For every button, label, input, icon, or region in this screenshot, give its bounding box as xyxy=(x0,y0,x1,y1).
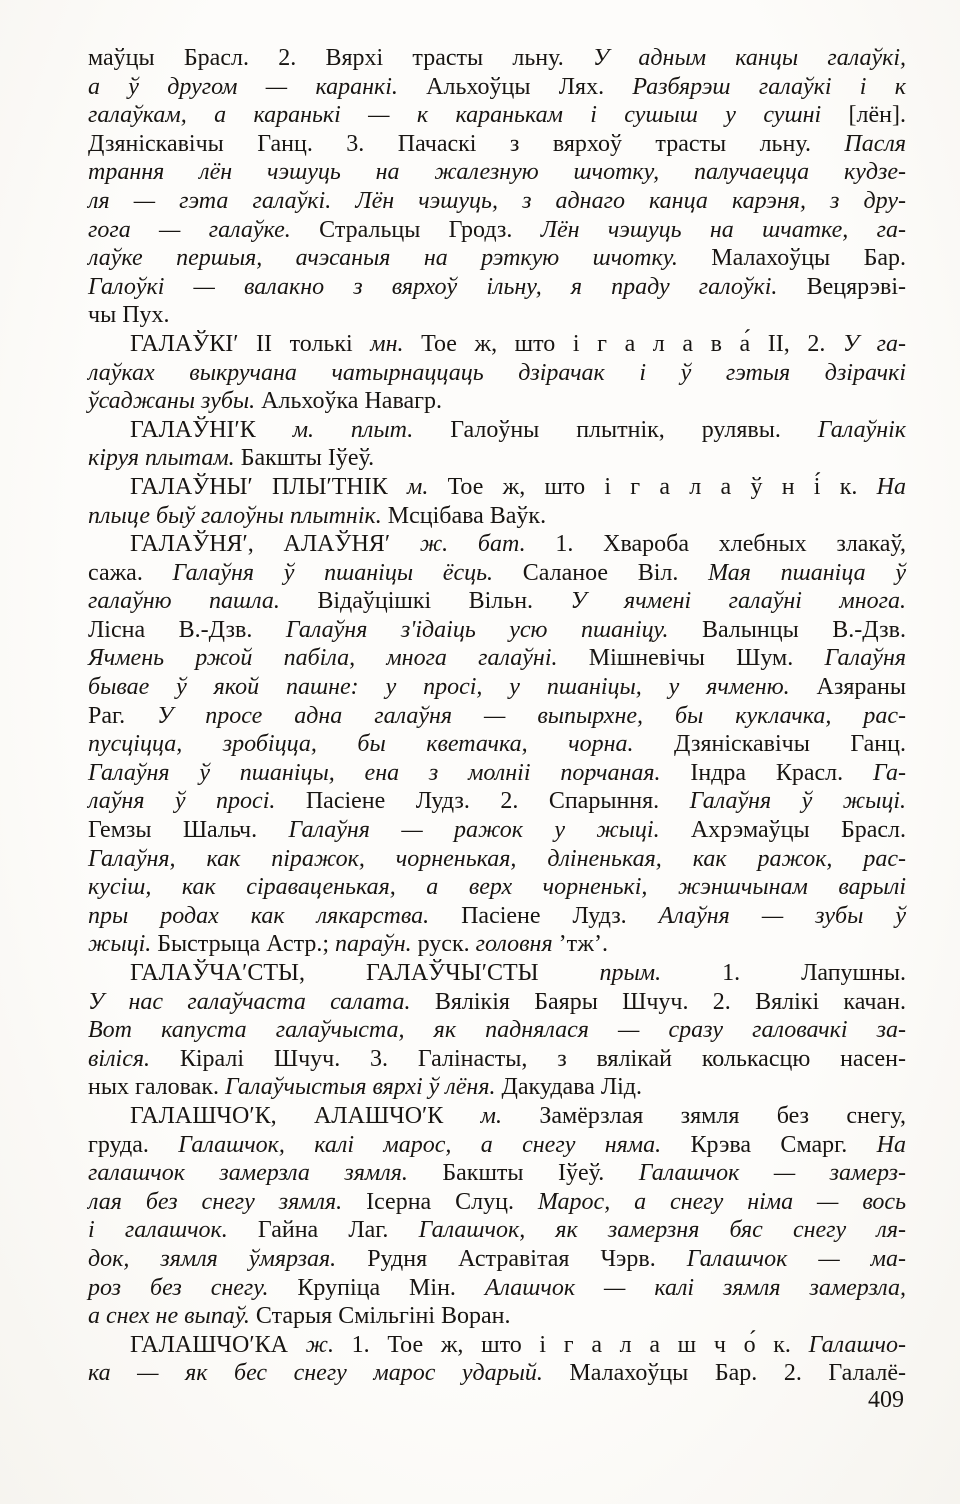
plain-text: Дакудава Лід. xyxy=(501,1074,642,1100)
text-line: ка — як бес снегу марос ударый. Малахоўц… xyxy=(88,1359,906,1388)
plain-text: Альхоўка Навагр. xyxy=(261,388,442,414)
plain-text: Тое ж, што і г а л а в а́ II, 2. xyxy=(421,331,843,357)
italic-text: Галаўня ў пшаніцы ёсць. xyxy=(173,560,523,586)
plain-text: ГАЛАШЧО′КА xyxy=(130,1332,306,1358)
plain-text: Быстрыца Астр.; xyxy=(157,931,335,957)
text-line: галаўню пашла. Відаўцішкі Вільн. У ячмен… xyxy=(88,587,906,616)
text-line: сажа. Галаўня ў пшаніцы ёсць. Саланое Ві… xyxy=(88,559,906,588)
italic-text: У адным канцы галаўкі, xyxy=(593,45,906,71)
plain-text: Пасіене Лудз. 2. Спарыння. xyxy=(306,788,690,814)
text-line: Галоўкі — валакно з вярхоў ільну, я прад… xyxy=(88,273,906,302)
italic-text: У га- xyxy=(843,331,906,357)
italic-text: ка — як бес снегу марос ударый. xyxy=(88,1360,569,1386)
text-line: Раг. У просе адна галаўня — выпырхне, бы… xyxy=(88,702,906,731)
italic-text: Галашчок, як замерзня бяс снегу ля- xyxy=(419,1217,906,1243)
text-line: ГАЛАЎЧА′СТЫ, ГАЛАЎЧЫ′СТЫ прым. 1. Лапушн… xyxy=(88,959,906,988)
italic-text: Галаўнік xyxy=(818,417,906,443)
plain-text: Мсцібава Ваўк. xyxy=(388,503,546,529)
italic-text: віліся. xyxy=(88,1046,180,1072)
italic-text: галаўню пашла. xyxy=(88,588,317,614)
italic-text: Вот капуста галаўчыста, як паднялася — с… xyxy=(88,1017,906,1043)
italic-text: лаўня ў просі. xyxy=(88,788,306,814)
text-line: ГАЛАЎНЫ′ ПЛЫ′ТНІК м. Тое ж, што і г а л … xyxy=(88,473,906,502)
plain-text: ГАЛАЎКІ′ II толькі xyxy=(130,331,370,357)
plain-text: Крэва Смарг. xyxy=(690,1132,876,1158)
text-line: Гемзы Шальч. Галаўня — ражок у жыці. Ахр… xyxy=(88,816,906,845)
text-line: галаўкам, а каранькі — к каранькам і суш… xyxy=(88,101,906,130)
text-line: лаўке першыя, ачэсаныя на рэткую шчотку.… xyxy=(88,244,906,273)
italic-text: Разбярэш галаўкі і к xyxy=(632,74,906,100)
italic-text: Лён чэшуць на шчатке, га- xyxy=(541,217,906,243)
plain-text: Малахоўцы Бар. 2. Галалё- xyxy=(569,1360,906,1386)
italic-text: лая без снегу зямля. xyxy=(88,1189,366,1215)
text-line: жыці. Быстрыца Астр.; параўн. руск. голо… xyxy=(88,930,906,959)
italic-text: ж. бат. xyxy=(420,531,556,557)
text-line: ГАЛАШЧО′КА ж. 1. Тое ж, што і г а л а ш … xyxy=(88,1331,906,1360)
italic-text: У просе адна галаўня — выпырхне, бы кукл… xyxy=(157,703,906,729)
plain-text: ГАЛАЎНЫ′ ПЛЫ′ТНІК xyxy=(130,474,407,500)
text-line: роз без снегу. Крупіца Мін. Алашчок — ка… xyxy=(88,1274,906,1303)
italic-text: Марос, а снегу німа — вось xyxy=(538,1189,906,1215)
text-line: ГАЛАЎНІ′К м. плыт. Галоўны плытнік, руля… xyxy=(88,416,906,445)
italic-text: мн. xyxy=(370,331,421,357)
plain-text: Кіралі Шчуч. 3. Галінасты, з вялікай кол… xyxy=(180,1046,906,1072)
text-line: лаўках выкручана чатырнаццаць дзірачак і… xyxy=(88,359,906,388)
plain-text: ных галовак. xyxy=(88,1074,225,1100)
plain-text: Лісна В.-Дзв. xyxy=(88,617,286,643)
italic-text: Галашчок — замерз- xyxy=(639,1160,906,1186)
plain-text: 1. Лапушны. xyxy=(722,960,906,986)
italic-text: трання лён чэшуць на жалезную шчотку, па… xyxy=(88,159,906,185)
plain-text: Бакшты Іўеў. xyxy=(442,1160,638,1186)
italic-text: м. xyxy=(481,1103,540,1129)
plain-text: ’тж’. xyxy=(559,931,608,957)
text-line: док, зямля ўмярзая. Рудня Астравітая Чэр… xyxy=(88,1245,906,1274)
italic-text: лаўке першыя, ачэсаныя на рэткую шчотку. xyxy=(88,245,711,271)
italic-text: У нас галаўчаста салата. xyxy=(88,989,435,1015)
italic-text: жыці. xyxy=(88,931,157,957)
plain-text: Замёрзлая зямля без снегу, xyxy=(539,1103,906,1129)
plain-text: Дзяніскавічы Ганц. 3. Пачаскі з вярхоў т… xyxy=(88,131,844,157)
italic-text: Галоўкі — валакно з вярхоў ільну, я прад… xyxy=(88,274,807,300)
text-line: лая без снегу зямля. Ісерна Слуц. Марос,… xyxy=(88,1188,906,1217)
plain-text: Саланое Віл. xyxy=(523,560,708,586)
text-line: бывае ў якой пашне: у просі, у пшаніцы, … xyxy=(88,673,906,702)
italic-text: і галашчок. xyxy=(88,1217,258,1243)
text-line: а снех не выпаў. Старыя Смільгіні Воран. xyxy=(88,1302,906,1331)
plain-text: Відаўцішкі Вільн. xyxy=(317,588,570,614)
plain-text: ГАЛАЎЧА′СТЫ, ГАЛАЎЧЫ′СТЫ xyxy=(130,960,600,986)
plain-text: Валынцы В.-Дзв. xyxy=(702,617,906,643)
text-line: ГАЛАЎКІ′ II толькі мн. Тое ж, што і г а … xyxy=(88,330,906,359)
italic-text: пры родах как лякарства. xyxy=(88,903,461,929)
plain-text: Вецярэві- xyxy=(807,274,906,300)
text-line: Галаўня ў пшаніцы, ена з молніі порчаная… xyxy=(88,759,906,788)
text-line: кусіш, как сіраваценькая, а верх чорнень… xyxy=(88,873,906,902)
text-line: груда. Галашчок, калі марос, а снегу ням… xyxy=(88,1131,906,1160)
italic-text: бывае ў якой пашне: у просі, у пшаніцы, … xyxy=(88,674,817,700)
italic-text: Галаўня — ражок у жыці. xyxy=(288,817,690,843)
plain-text: 1. Хвароба хлебных злакаў, xyxy=(555,531,906,557)
text-line: чы Пух. xyxy=(88,301,906,330)
text-line: У нас галаўчаста салата. Вялікія Баяры Ш… xyxy=(88,988,906,1017)
italic-text: Галаўня ў пшаніцы, ена з молніі порчаная… xyxy=(88,760,690,786)
plain-text: Дзяніскавічы Ганц. xyxy=(674,731,906,757)
plain-text: Азяраны xyxy=(817,674,906,700)
plain-text: Мішневічы Шум. xyxy=(589,645,825,671)
plain-text: Малахоўцы Бар. xyxy=(711,245,906,271)
italic-text: гога — галаўке. xyxy=(88,217,319,243)
italic-text: На xyxy=(877,474,906,500)
italic-text: Ячмень ржой пабіла, многа галаўні. xyxy=(88,645,589,671)
text-line: плыце быў галоўны плытнік. Мсцібава Ваўк… xyxy=(88,502,906,531)
italic-text: Пасля xyxy=(844,131,906,157)
italic-text: Галаўня, как піражок, чорненькая, длінен… xyxy=(88,846,906,872)
plain-text: Старыя Смільгіні Воран. xyxy=(256,1303,511,1329)
text-line: Галаўня, как піражок, чорненькая, длінен… xyxy=(88,845,906,874)
dictionary-page: маўцы Брасл. 2. Вярхі трасты льну. У адн… xyxy=(0,0,960,1504)
italic-text: кусіш, как сіраваценькая, а верх чорнень… xyxy=(88,874,906,900)
text-line: Дзяніскавічы Ганц. 3. Пачаскі з вярхоў т… xyxy=(88,130,906,159)
italic-text: У ячмені галаўні многа. xyxy=(570,588,906,614)
plain-text: ГАЛАЎНІ′К xyxy=(130,417,293,443)
plain-text: маўцы Брасл. 2. Вярхі трасты льну. xyxy=(88,45,593,71)
italic-text: прым. xyxy=(600,960,723,986)
text-line: ля — гэта галаўкі. Лён чэшуць, з аднаго … xyxy=(88,187,906,216)
plain-text: Стральцы Гродз. xyxy=(319,217,541,243)
italic-text: галаўкам, а каранькі — к каранькам і суш… xyxy=(88,102,849,128)
text-line: Лісна В.-Дзв. Галаўня з'ідаіць усю пшані… xyxy=(88,616,906,645)
plain-text: Раг. xyxy=(88,703,157,729)
italic-text: Алаўня — зубы ў xyxy=(659,903,906,929)
plain-text: сажа. xyxy=(88,560,173,586)
italic-text: роз без снегу. xyxy=(88,1275,297,1301)
italic-text: Галашчок — ма- xyxy=(687,1246,906,1272)
italic-text: м. плыт. xyxy=(293,417,451,443)
text-line: ГАЛАШЧО′К, АЛАШЧО′К м. Замёрзлая зямля б… xyxy=(88,1102,906,1131)
italic-text: Алашчок — калі зямля замерзла, xyxy=(485,1275,906,1301)
plain-text: ГАЛАЎНЯ′, АЛАЎНЯ′ xyxy=(130,531,420,557)
text-line: Ячмень ржой пабіла, многа галаўні. Мішне… xyxy=(88,644,906,673)
plain-text: Індра Красл. xyxy=(690,760,873,786)
italic-text: пусціцца, зробіцца, бы кветачка, чорна. xyxy=(88,731,674,757)
italic-text: ля — гэта галаўкі. Лён чэшуць, з аднаго … xyxy=(88,188,906,214)
plain-text: 1. Тое ж, што і г а л а ш ч о́ к. xyxy=(352,1332,809,1358)
plain-text: Гемзы Шальч. xyxy=(88,817,288,843)
italic-text: ж. xyxy=(306,1332,352,1358)
italic-text: Галашчок, калі марос, а снегу няма. xyxy=(178,1132,690,1158)
plain-text: Тое ж, што і г а л а ў н і́ к. xyxy=(448,474,877,500)
italic-text: Галашчо- xyxy=(809,1332,906,1358)
text-line: ных галовак. Галаўчыстыя вярхі ў лёня. Д… xyxy=(88,1073,906,1102)
plain-text: Гайна Лаг. xyxy=(258,1217,419,1243)
italic-text: Га- xyxy=(873,760,906,786)
plain-text: ГАЛАШЧО′К, АЛАШЧО′К xyxy=(130,1103,481,1129)
plain-text: Пасіене Лудз. xyxy=(461,903,659,929)
italic-text: Галаўня з'ідаіць усю пшаніцу. xyxy=(286,617,702,643)
plain-text: чы Пух. xyxy=(88,302,170,328)
page-text: маўцы Брасл. 2. Вярхі трасты льну. У адн… xyxy=(88,44,906,1388)
italic-text: плыце быў галоўны плытнік. xyxy=(88,503,388,529)
italic-text: головня xyxy=(476,931,559,957)
text-line: пусціцца, зробіцца, бы кветачка, чорна. … xyxy=(88,730,906,759)
italic-text: На xyxy=(877,1132,906,1158)
plain-text: Ісерна Слуц. xyxy=(366,1189,538,1215)
plain-text: руск. xyxy=(418,931,476,957)
italic-text: кіруя плытам. xyxy=(88,445,241,471)
italic-text: Галаўня ў жыці. xyxy=(690,788,906,814)
italic-text: параўн. xyxy=(335,931,418,957)
text-line: галашчок замерзла зямля. Бакшты Іўеў. Га… xyxy=(88,1159,906,1188)
text-line: а ў другом — каранкі. Альхоўцы Лях. Разб… xyxy=(88,73,906,102)
text-line: віліся. Кіралі Шчуч. 3. Галінасты, з вял… xyxy=(88,1045,906,1074)
plain-text: Альхоўцы Лях. xyxy=(426,74,632,100)
italic-text: а ў другом — каранкі. xyxy=(88,74,426,100)
text-line: лаўня ў просі. Пасіене Лудз. 2. Спарыння… xyxy=(88,787,906,816)
page-number: 409 xyxy=(868,1386,904,1415)
text-line: ГАЛАЎНЯ′, АЛАЎНЯ′ ж. бат. 1. Хвароба хле… xyxy=(88,530,906,559)
plain-text: Галоўны плытнік, рулявы. xyxy=(450,417,818,443)
text-line: ўсаджаны зубы. Альхоўка Навагр. xyxy=(88,387,906,416)
plain-text: Ахрэмаўцы Брасл. xyxy=(691,817,906,843)
italic-text: м. xyxy=(407,474,448,500)
italic-text: ўсаджаны зубы. xyxy=(88,388,261,414)
text-line: маўцы Брасл. 2. Вярхі трасты льну. У адн… xyxy=(88,44,906,73)
italic-text: а снех не выпаў. xyxy=(88,1303,256,1329)
italic-text: Галаўчыстыя вярхі ў лёня. xyxy=(225,1074,502,1100)
text-line: пры родах как лякарства. Пасіене Лудз. А… xyxy=(88,902,906,931)
plain-text: Рудня Астравітая Чэрв. xyxy=(367,1246,687,1272)
text-line: трання лён чэшуць на жалезную шчотку, па… xyxy=(88,158,906,187)
plain-text: Вялікія Баяры Шчуч. 2. Вялікі качан. xyxy=(435,989,906,1015)
italic-text: Мая пшаніца ў xyxy=(708,560,906,586)
plain-text: [лён]. xyxy=(849,102,906,128)
italic-text: лаўках выкручана чатырнаццаць дзірачак і… xyxy=(88,360,906,386)
italic-text: Галаўня xyxy=(824,645,906,671)
plain-text: груда. xyxy=(88,1132,178,1158)
text-line: і галашчок. Гайна Лаг. Галашчок, як заме… xyxy=(88,1216,906,1245)
plain-text: Бакшты Іўеў. xyxy=(241,445,374,471)
text-line: гога — галаўке. Стральцы Гродз. Лён чэшу… xyxy=(88,216,906,245)
text-line: кіруя плытам. Бакшты Іўеў. xyxy=(88,444,906,473)
italic-text: галашчок замерзла зямля. xyxy=(88,1160,442,1186)
plain-text: Крупіца Мін. xyxy=(297,1275,484,1301)
text-line: Вот капуста галаўчыста, як паднялася — с… xyxy=(88,1016,906,1045)
italic-text: док, зямля ўмярзая. xyxy=(88,1246,367,1272)
